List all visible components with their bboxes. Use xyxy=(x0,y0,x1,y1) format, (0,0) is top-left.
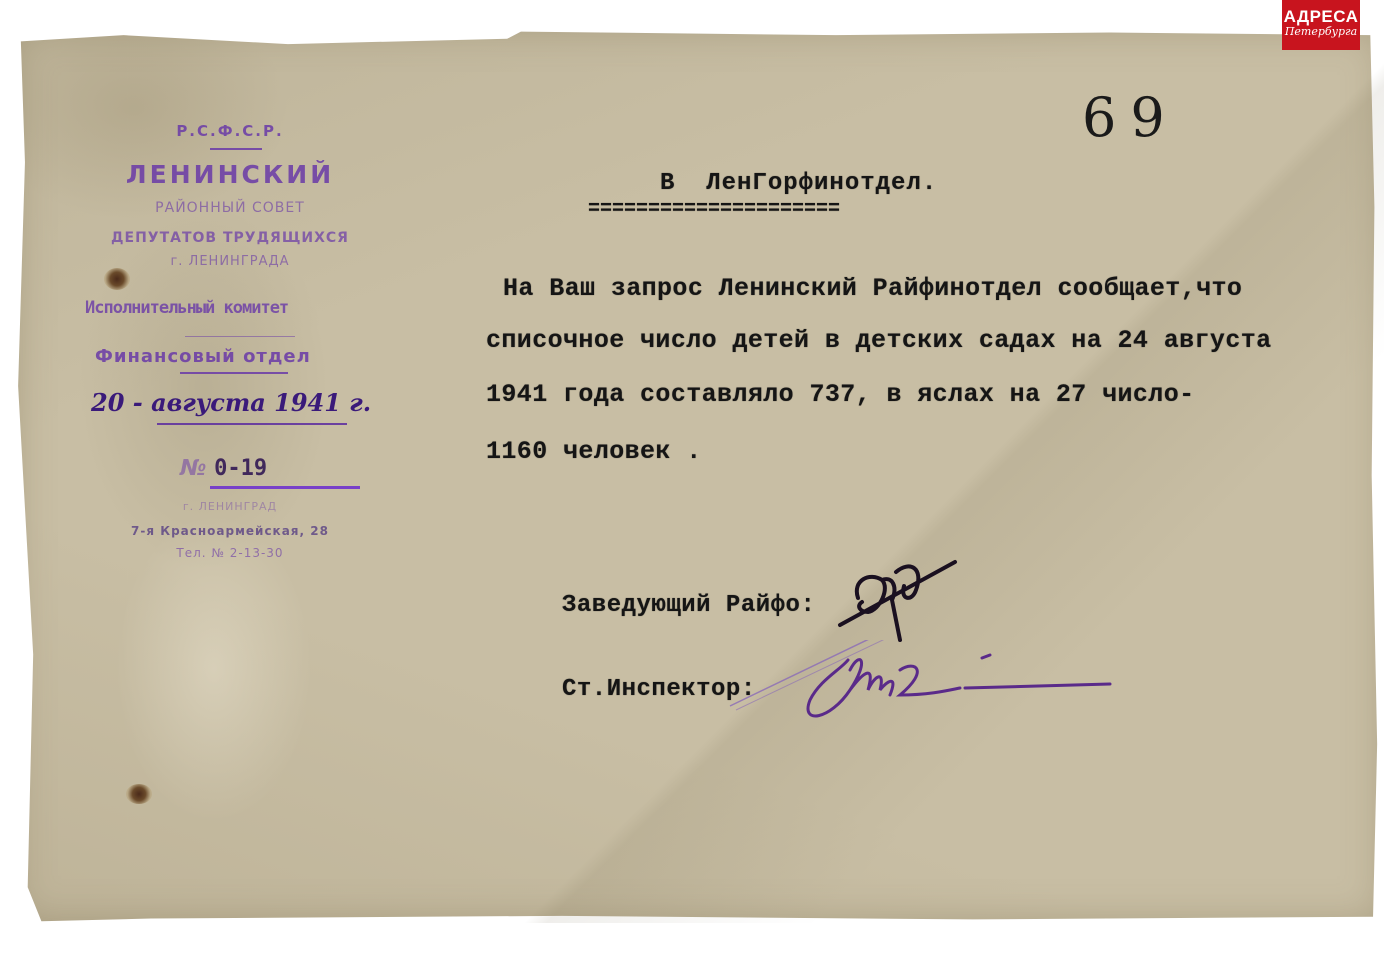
document-scan: АДРЕСА Петербурга Р.С.Ф.С.Р. ЛЕНИНСКИЙ Р… xyxy=(0,0,1400,953)
stamp-divider xyxy=(180,372,288,374)
stamp-city: г. ЛЕНИНГРАДА xyxy=(85,254,375,269)
letter-body-line: списочное число детей в детских садах на… xyxy=(486,326,1272,355)
stamp-divider xyxy=(185,336,295,337)
stamp-department: Финансовый отдел xyxy=(85,346,385,367)
folio-number: 69 xyxy=(1082,86,1179,149)
stamp-number: № 0-19 xyxy=(85,456,470,481)
stamp-district: ЛЕНИНСКИЙ xyxy=(85,160,375,189)
letter-body-line: 1160 человек . xyxy=(486,437,702,466)
letter-addressee: В ЛенГорфинотдел. xyxy=(660,170,937,197)
stamp-date-handwritten: 20 - августа 1941 г. xyxy=(85,388,381,417)
stamp-city-small: г. ЛЕНИНГРАД xyxy=(85,500,375,513)
binding-hole-bottom xyxy=(126,784,152,804)
stamp-committee: Исполнительный комитет xyxy=(70,298,375,318)
publisher-logo[interactable]: АДРЕСА Петербурга xyxy=(1282,0,1360,50)
signatory-head-title: Заведующий Райфо: xyxy=(562,592,815,619)
stamp-number-underline xyxy=(210,486,360,489)
stamp-address: 7-я Красноармейская, 28 xyxy=(85,524,375,538)
addressee-underline: ===================== xyxy=(588,198,840,221)
stamp-rsfsr: Р.С.Ф.С.Р. xyxy=(85,122,375,140)
stamp-divider xyxy=(210,148,262,150)
letter-body-line: 1941 года составляло 737, в яслах на 27 … xyxy=(486,380,1195,409)
stamp-number-value: 0-19 xyxy=(214,456,267,481)
stamp-council-line1: РАЙОННЫЙ СОВЕТ xyxy=(85,200,375,216)
binding-hole-top xyxy=(104,268,130,290)
letter-body-line: На Ваш запрос Ленинский Райфинотдел сооб… xyxy=(503,274,1242,303)
stamp-phone: Тел. № 2-13-30 xyxy=(85,546,375,560)
logo-subtitle: Петербурга xyxy=(1282,25,1360,39)
stamp-council-line2: ДЕПУТАТОВ ТРУДЯЩИХСЯ xyxy=(85,230,375,246)
signatory-inspector-title: Ст.Инспектор: xyxy=(562,676,756,703)
stamp-date-underline xyxy=(157,423,347,425)
logo-title: АДРЕСА xyxy=(1282,0,1360,25)
stamp-number-prefix: № xyxy=(180,456,206,481)
